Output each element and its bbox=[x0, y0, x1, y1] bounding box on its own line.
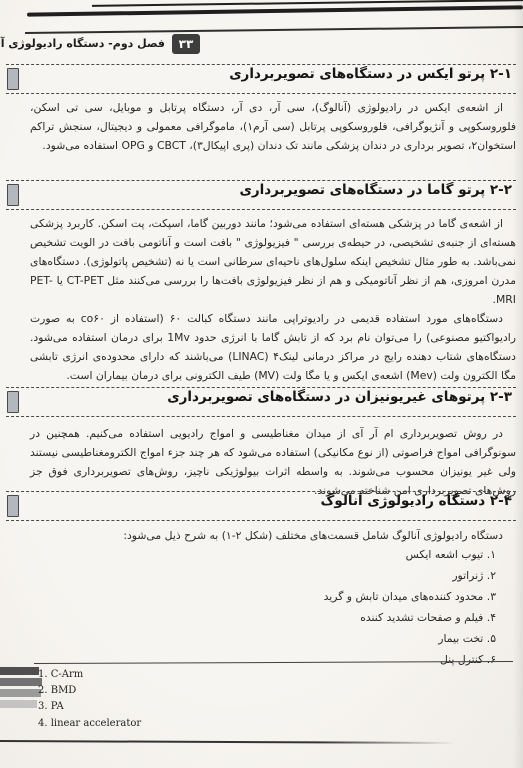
section-heading-2-3: ۲-۳ پرتوهای غیریونیزان در دستگاه‌های تصو… bbox=[4, 385, 518, 418]
running-head: ۳۳ فصل دوم- دستگاه رادیولوژی آنالوگ bbox=[12, 33, 200, 54]
section-heading-text: ۲-۴ دستگاه رادیولوژی آنالوگ bbox=[24, 493, 512, 509]
list-item: ۵. تخت بیمار bbox=[30, 628, 502, 649]
gray-bar bbox=[0, 667, 39, 675]
list-item: ۲. ژنراتور bbox=[30, 565, 502, 586]
heading-square-bullet-icon bbox=[7, 391, 19, 413]
gray-bar bbox=[0, 678, 42, 686]
footnotes-block: 1. C-Arm 2. BMD 3. PA 4. linear accelera… bbox=[38, 667, 338, 732]
list-item: ۴. فیلم و صفحات تشدید کننده bbox=[30, 607, 502, 628]
paragraph-xray: از اشعه‌ی ایکس در رادیولوژی (آنالوگ)، سی… bbox=[30, 98, 516, 155]
device-parts-intro: دستگاه رادیولوژی آنالوگ شامل قسمت‌های مخ… bbox=[30, 527, 516, 545]
section-heading-2-4: ۲-۴ دستگاه رادیولوژی آنالوگ bbox=[4, 489, 518, 522]
footnote: 2. BMD bbox=[38, 683, 338, 699]
gray-bar bbox=[0, 689, 41, 697]
section-heading-2-2: ۲-۲ پرتو گاما در دستگاه‌های تصویربرداری bbox=[4, 178, 518, 211]
paragraph-text: از اشعه‌ی ایکس در رادیولوژی (آنالوگ)، سی… bbox=[30, 98, 516, 155]
paragraph-gamma: از اشعه‌ی گاما در پزشکی هسته‌ای استفاده … bbox=[30, 214, 516, 385]
list-item: ۳. محدود کننده‌های میدان تابش و گرید bbox=[30, 586, 502, 607]
paragraph-text: دستگاه‌های مورد استفاده قدیمی در رادیوتر… bbox=[30, 309, 516, 385]
heading-square-bullet-icon bbox=[7, 184, 19, 206]
heading-square-bullet-icon bbox=[7, 495, 19, 517]
paragraph-text: از اشعه‌ی گاما در پزشکی هسته‌ای استفاده … bbox=[30, 214, 516, 309]
section-heading-text: ۲-۲ پرتو گاما در دستگاه‌های تصویربرداری bbox=[24, 182, 512, 198]
page-number-badge: ۳۳ bbox=[172, 34, 200, 54]
book-page: ۳۳ فصل دوم- دستگاه رادیولوژی آنالوگ ۲-۱ … bbox=[0, 0, 523, 768]
section-heading-text: ۲-۳ پرتوهای غیریونیزان در دستگاه‌های تصو… bbox=[24, 389, 512, 405]
footnote: 3. PA bbox=[38, 699, 338, 715]
heading-dash-line bbox=[6, 491, 516, 492]
section-heading-text: ۲-۱ پرتو ایکس در دستگاه‌های تصویربرداری bbox=[24, 66, 512, 82]
section-heading-2-1: ۲-۱ پرتو ایکس در دستگاه‌های تصویربرداری bbox=[4, 62, 518, 95]
bottom-edge-line bbox=[0, 740, 455, 744]
chapter-title: فصل دوم- دستگاه رادیولوژی آنالوگ bbox=[0, 37, 165, 50]
heading-dash-line bbox=[6, 180, 516, 181]
gray-bar bbox=[0, 700, 37, 708]
heading-dash-line bbox=[6, 520, 516, 521]
footnote: 4. linear accelerator bbox=[38, 716, 338, 732]
footnote: 1. C-Arm bbox=[38, 667, 338, 683]
device-parts-list: ۱. تیوب اشعه ایکس ۲. ژنراتور ۳. محدود کن… bbox=[30, 544, 502, 670]
heading-dash-line bbox=[6, 416, 516, 417]
heading-square-bullet-icon bbox=[7, 68, 19, 90]
heading-dash-line bbox=[6, 387, 516, 388]
list-item: ۱. تیوب اشعه ایکس bbox=[30, 544, 502, 565]
top-edge-line bbox=[27, 5, 523, 16]
heading-dash-line bbox=[6, 64, 516, 65]
heading-dash-line bbox=[6, 209, 516, 210]
heading-dash-line bbox=[6, 93, 516, 94]
